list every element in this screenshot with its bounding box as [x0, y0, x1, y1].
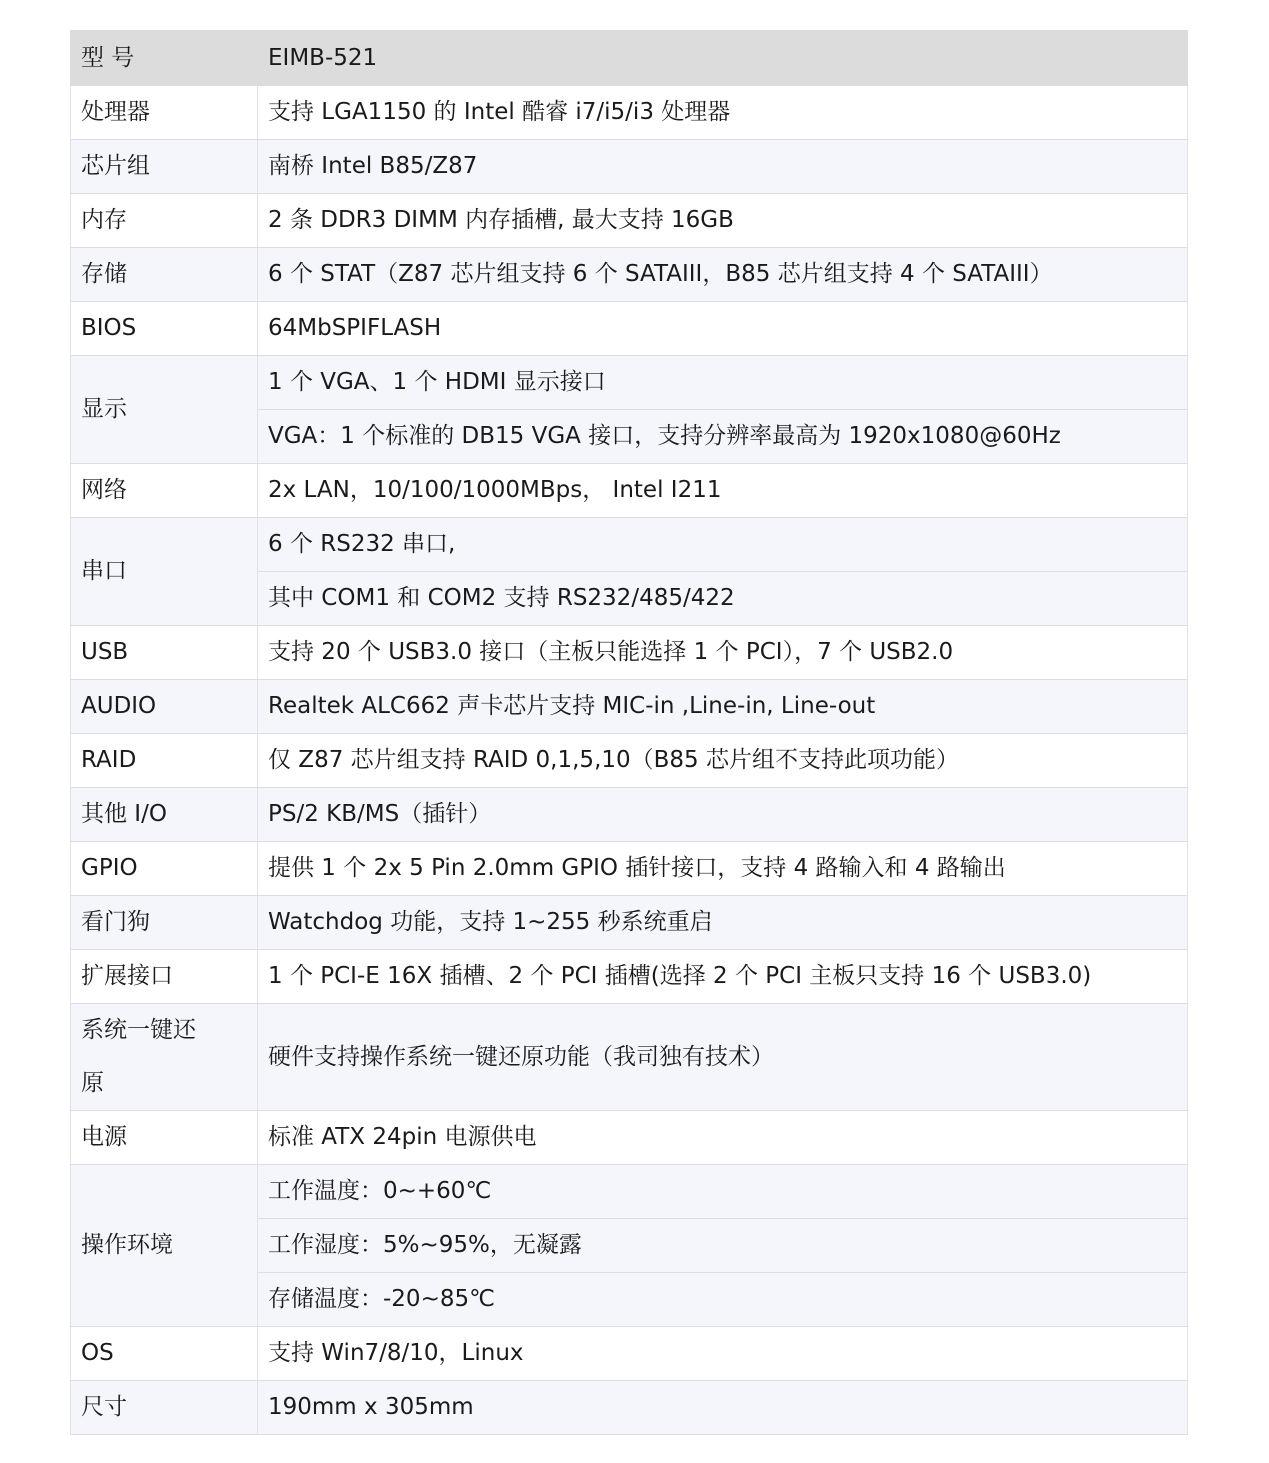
- row-value: 支持 LGA1150 的 Intel 酷睿 i7/i5/i3 处理器: [258, 86, 1188, 140]
- table-row-bios: BIOS 64MbSPIFLASH: [71, 302, 1188, 356]
- row-label: 处理器: [71, 86, 258, 140]
- row-label: 系统一键还原: [71, 1004, 258, 1111]
- row-value: 硬件支持操作系统一键还原功能（我司独有技术）: [258, 1004, 1188, 1111]
- row-value: 6 个 RS232 串口,: [258, 518, 1188, 572]
- table-row-raid: RAID 仅 Z87 芯片组支持 RAID 0,1,5,10（B85 芯片组不支…: [71, 734, 1188, 788]
- row-value: VGA：1 个标准的 DB15 VGA 接口，支持分辨率最高为 1920x108…: [258, 410, 1188, 464]
- row-value: Realtek ALC662 声卡芯片支持 MIC-in ,Line-in, L…: [258, 680, 1188, 734]
- row-value: 支持 20 个 USB3.0 接口（主板只能选择 1 个 PCI），7 个 US…: [258, 626, 1188, 680]
- table-row-display: 显示 1 个 VGA、1 个 HDMI 显示接口: [71, 356, 1188, 410]
- table-row-gpio: GPIO 提供 1 个 2x 5 Pin 2.0mm GPIO 插针接口，支持 …: [71, 842, 1188, 896]
- row-label: 电源: [71, 1111, 258, 1165]
- table-row-storage: 存储 6 个 STAT（Z87 芯片组支持 6 个 SATAIII，B85 芯片…: [71, 248, 1188, 302]
- table-row-memory: 内存 2 条 DDR3 DIMM 内存插槽, 最大支持 16GB: [71, 194, 1188, 248]
- row-label: AUDIO: [71, 680, 258, 734]
- row-label: 看门狗: [71, 896, 258, 950]
- row-value: PS/2 KB/MS（插针）: [258, 788, 1188, 842]
- table-row-network: 网络 2x LAN，10/100/1000MBps， Intel I211: [71, 464, 1188, 518]
- row-value: 仅 Z87 芯片组支持 RAID 0,1,5,10（B85 芯片组不支持此项功能…: [258, 734, 1188, 788]
- row-value: 其中 COM1 和 COM2 支持 RS232/485/422: [258, 572, 1188, 626]
- table-row-chipset: 芯片组 南桥 Intel B85/Z87: [71, 140, 1188, 194]
- table-row-processor: 处理器 支持 LGA1150 的 Intel 酷睿 i7/i5/i3 处理器: [71, 86, 1188, 140]
- row-value: 1 个 VGA、1 个 HDMI 显示接口: [258, 356, 1188, 410]
- row-value: 190mm x 305mm: [258, 1381, 1188, 1435]
- row-value: 工作湿度：5%~95%，无凝露: [258, 1219, 1188, 1273]
- table-row-power: 电源 标准 ATX 24pin 电源供电: [71, 1111, 1188, 1165]
- model-label: 型 号: [71, 31, 258, 86]
- row-value: 存储温度：-20~85℃: [258, 1273, 1188, 1327]
- row-value: 支持 Win7/8/10，Linux: [258, 1327, 1188, 1381]
- row-label: 内存: [71, 194, 258, 248]
- table-row-serial: 串口 6 个 RS232 串口,: [71, 518, 1188, 572]
- row-value: 南桥 Intel B85/Z87: [258, 140, 1188, 194]
- row-value: 提供 1 个 2x 5 Pin 2.0mm GPIO 插针接口，支持 4 路输入…: [258, 842, 1188, 896]
- table-row-dimensions: 尺寸 190mm x 305mm: [71, 1381, 1188, 1435]
- table-row-usb: USB 支持 20 个 USB3.0 接口（主板只能选择 1 个 PCI），7 …: [71, 626, 1188, 680]
- row-label: USB: [71, 626, 258, 680]
- table-row-environment: 操作环境 工作温度：0~+60℃: [71, 1165, 1188, 1219]
- table-row-other-io: 其他 I/O PS/2 KB/MS（插针）: [71, 788, 1188, 842]
- table-row-os: OS 支持 Win7/8/10，Linux: [71, 1327, 1188, 1381]
- row-label: 其他 I/O: [71, 788, 258, 842]
- row-value: 1 个 PCI-E 16X 插槽、2 个 PCI 插槽(选择 2 个 PCI 主…: [258, 950, 1188, 1004]
- table-row-expansion: 扩展接口 1 个 PCI-E 16X 插槽、2 个 PCI 插槽(选择 2 个 …: [71, 950, 1188, 1004]
- row-label: 扩展接口: [71, 950, 258, 1004]
- spec-table: 型 号 EIMB-521 处理器 支持 LGA1150 的 Intel 酷睿 i…: [70, 30, 1188, 1435]
- row-label: 操作环境: [71, 1165, 258, 1327]
- table-row-watchdog: 看门狗 Watchdog 功能，支持 1~255 秒系统重启: [71, 896, 1188, 950]
- row-value: 标准 ATX 24pin 电源供电: [258, 1111, 1188, 1165]
- row-value: Watchdog 功能，支持 1~255 秒系统重启: [258, 896, 1188, 950]
- row-value: 工作温度：0~+60℃: [258, 1165, 1188, 1219]
- row-value: 2 条 DDR3 DIMM 内存插槽, 最大支持 16GB: [258, 194, 1188, 248]
- row-label: 存储: [71, 248, 258, 302]
- row-label: 显示: [71, 356, 258, 464]
- row-value: 6 个 STAT（Z87 芯片组支持 6 个 SATAIII，B85 芯片组支持…: [258, 248, 1188, 302]
- row-label: BIOS: [71, 302, 258, 356]
- row-value: 2x LAN，10/100/1000MBps， Intel I211: [258, 464, 1188, 518]
- row-label: GPIO: [71, 842, 258, 896]
- row-label: 网络: [71, 464, 258, 518]
- row-value: 64MbSPIFLASH: [258, 302, 1188, 356]
- table-row-one-key-restore: 系统一键还原 硬件支持操作系统一键还原功能（我司独有技术）: [71, 1004, 1188, 1111]
- row-label: OS: [71, 1327, 258, 1381]
- model-value: EIMB-521: [258, 31, 1188, 86]
- table-row-audio: AUDIO Realtek ALC662 声卡芯片支持 MIC-in ,Line…: [71, 680, 1188, 734]
- row-label: 尺寸: [71, 1381, 258, 1435]
- row-label: RAID: [71, 734, 258, 788]
- row-label: 串口: [71, 518, 258, 626]
- table-header-row: 型 号 EIMB-521: [71, 31, 1188, 86]
- row-label: 芯片组: [71, 140, 258, 194]
